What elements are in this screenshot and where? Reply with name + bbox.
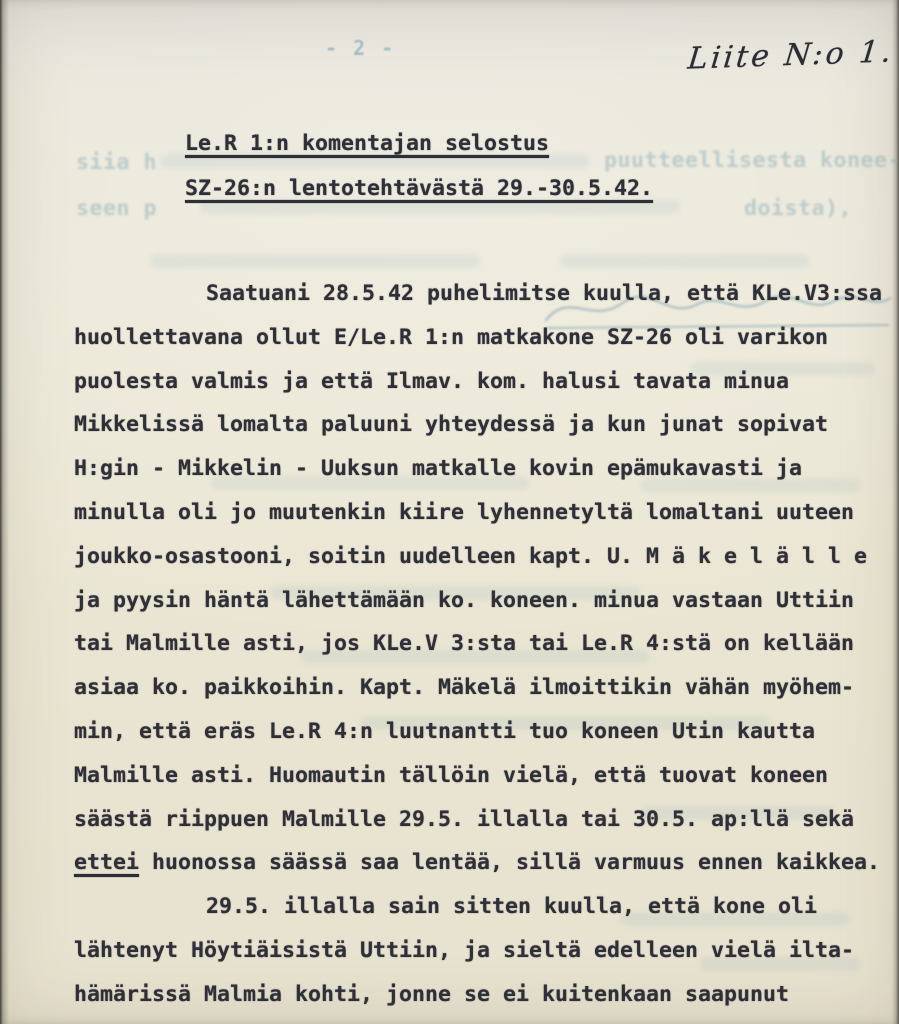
- bleed-through-mark: [150, 254, 480, 268]
- bleed-through-text: doista),: [744, 196, 852, 221]
- body-line: Saatuani 28.5.42 puhelimitse kuulla, ett…: [74, 272, 889, 316]
- body-line: lähtenyt Höytiäisistä Uttiin, ja sieltä …: [74, 929, 889, 973]
- report-title-line-1: Le.R 1:n komentajan selostus: [185, 131, 653, 157]
- attachment-annotation: Liite N:o 1.: [686, 34, 896, 76]
- body-line: puolesta valmis ja että Ilmav. kom. halu…: [74, 360, 889, 404]
- body-line: huollettavana ollut E/Le.R 1:n matkakone…: [74, 316, 889, 360]
- body-text: Saatuani 28.5.42 puhelimitse kuulla, ett…: [74, 272, 889, 1017]
- bleed-through-text: siia h: [76, 150, 157, 175]
- body-line: ettei huonossa säässä saa lentää, sillä …: [74, 841, 889, 885]
- scanned-document-page: siia h puutteellisesta konee- seen p doi…: [0, 0, 899, 1024]
- bleed-through-text: seen p: [76, 196, 157, 221]
- report-title: Le.R 1:n komentajan selostus SZ-26:n len…: [185, 131, 653, 221]
- body-line: min, että eräs Le.R 4:n luutnantti tuo k…: [74, 710, 889, 754]
- body-line: H:gin - Mikkelin - Uuksun matkalle kovin…: [74, 447, 889, 491]
- body-line: ja pyysin häntä lähettämään ko. koneen. …: [74, 579, 889, 623]
- body-line: tai Malmille asti, jos KLe.V 3:sta tai L…: [74, 622, 889, 666]
- report-title-line-2: SZ-26:n lentotehtävästä 29.-30.5.42.: [185, 176, 653, 202]
- body-line: minulla oli jo muutenkin kiire lyhennety…: [74, 491, 889, 535]
- body-line: Mikkelissä lomalta paluuni yhteydessä ja…: [74, 403, 889, 447]
- body-line: Malmille asti. Huomautin tällöin vielä, …: [74, 754, 889, 798]
- body-line: 29.5. illalla sain sitten kuulla, että k…: [74, 885, 889, 929]
- scan-edge-shadow-left: [0, 0, 9, 1024]
- body-line: asiaa ko. paikkoihin. Kapt. Mäkelä ilmoi…: [74, 666, 889, 710]
- body-line: hämärissä Malmia kohti, jonne se ei kuit…: [74, 973, 889, 1017]
- body-line: joukko-osastooni, soitin uudelleen kapt.…: [74, 535, 889, 579]
- bleed-through-mark: [560, 254, 810, 268]
- page-number: - 2 -: [325, 36, 395, 60]
- body-line: säästä riippuen Malmille 29.5. illalla t…: [74, 798, 889, 842]
